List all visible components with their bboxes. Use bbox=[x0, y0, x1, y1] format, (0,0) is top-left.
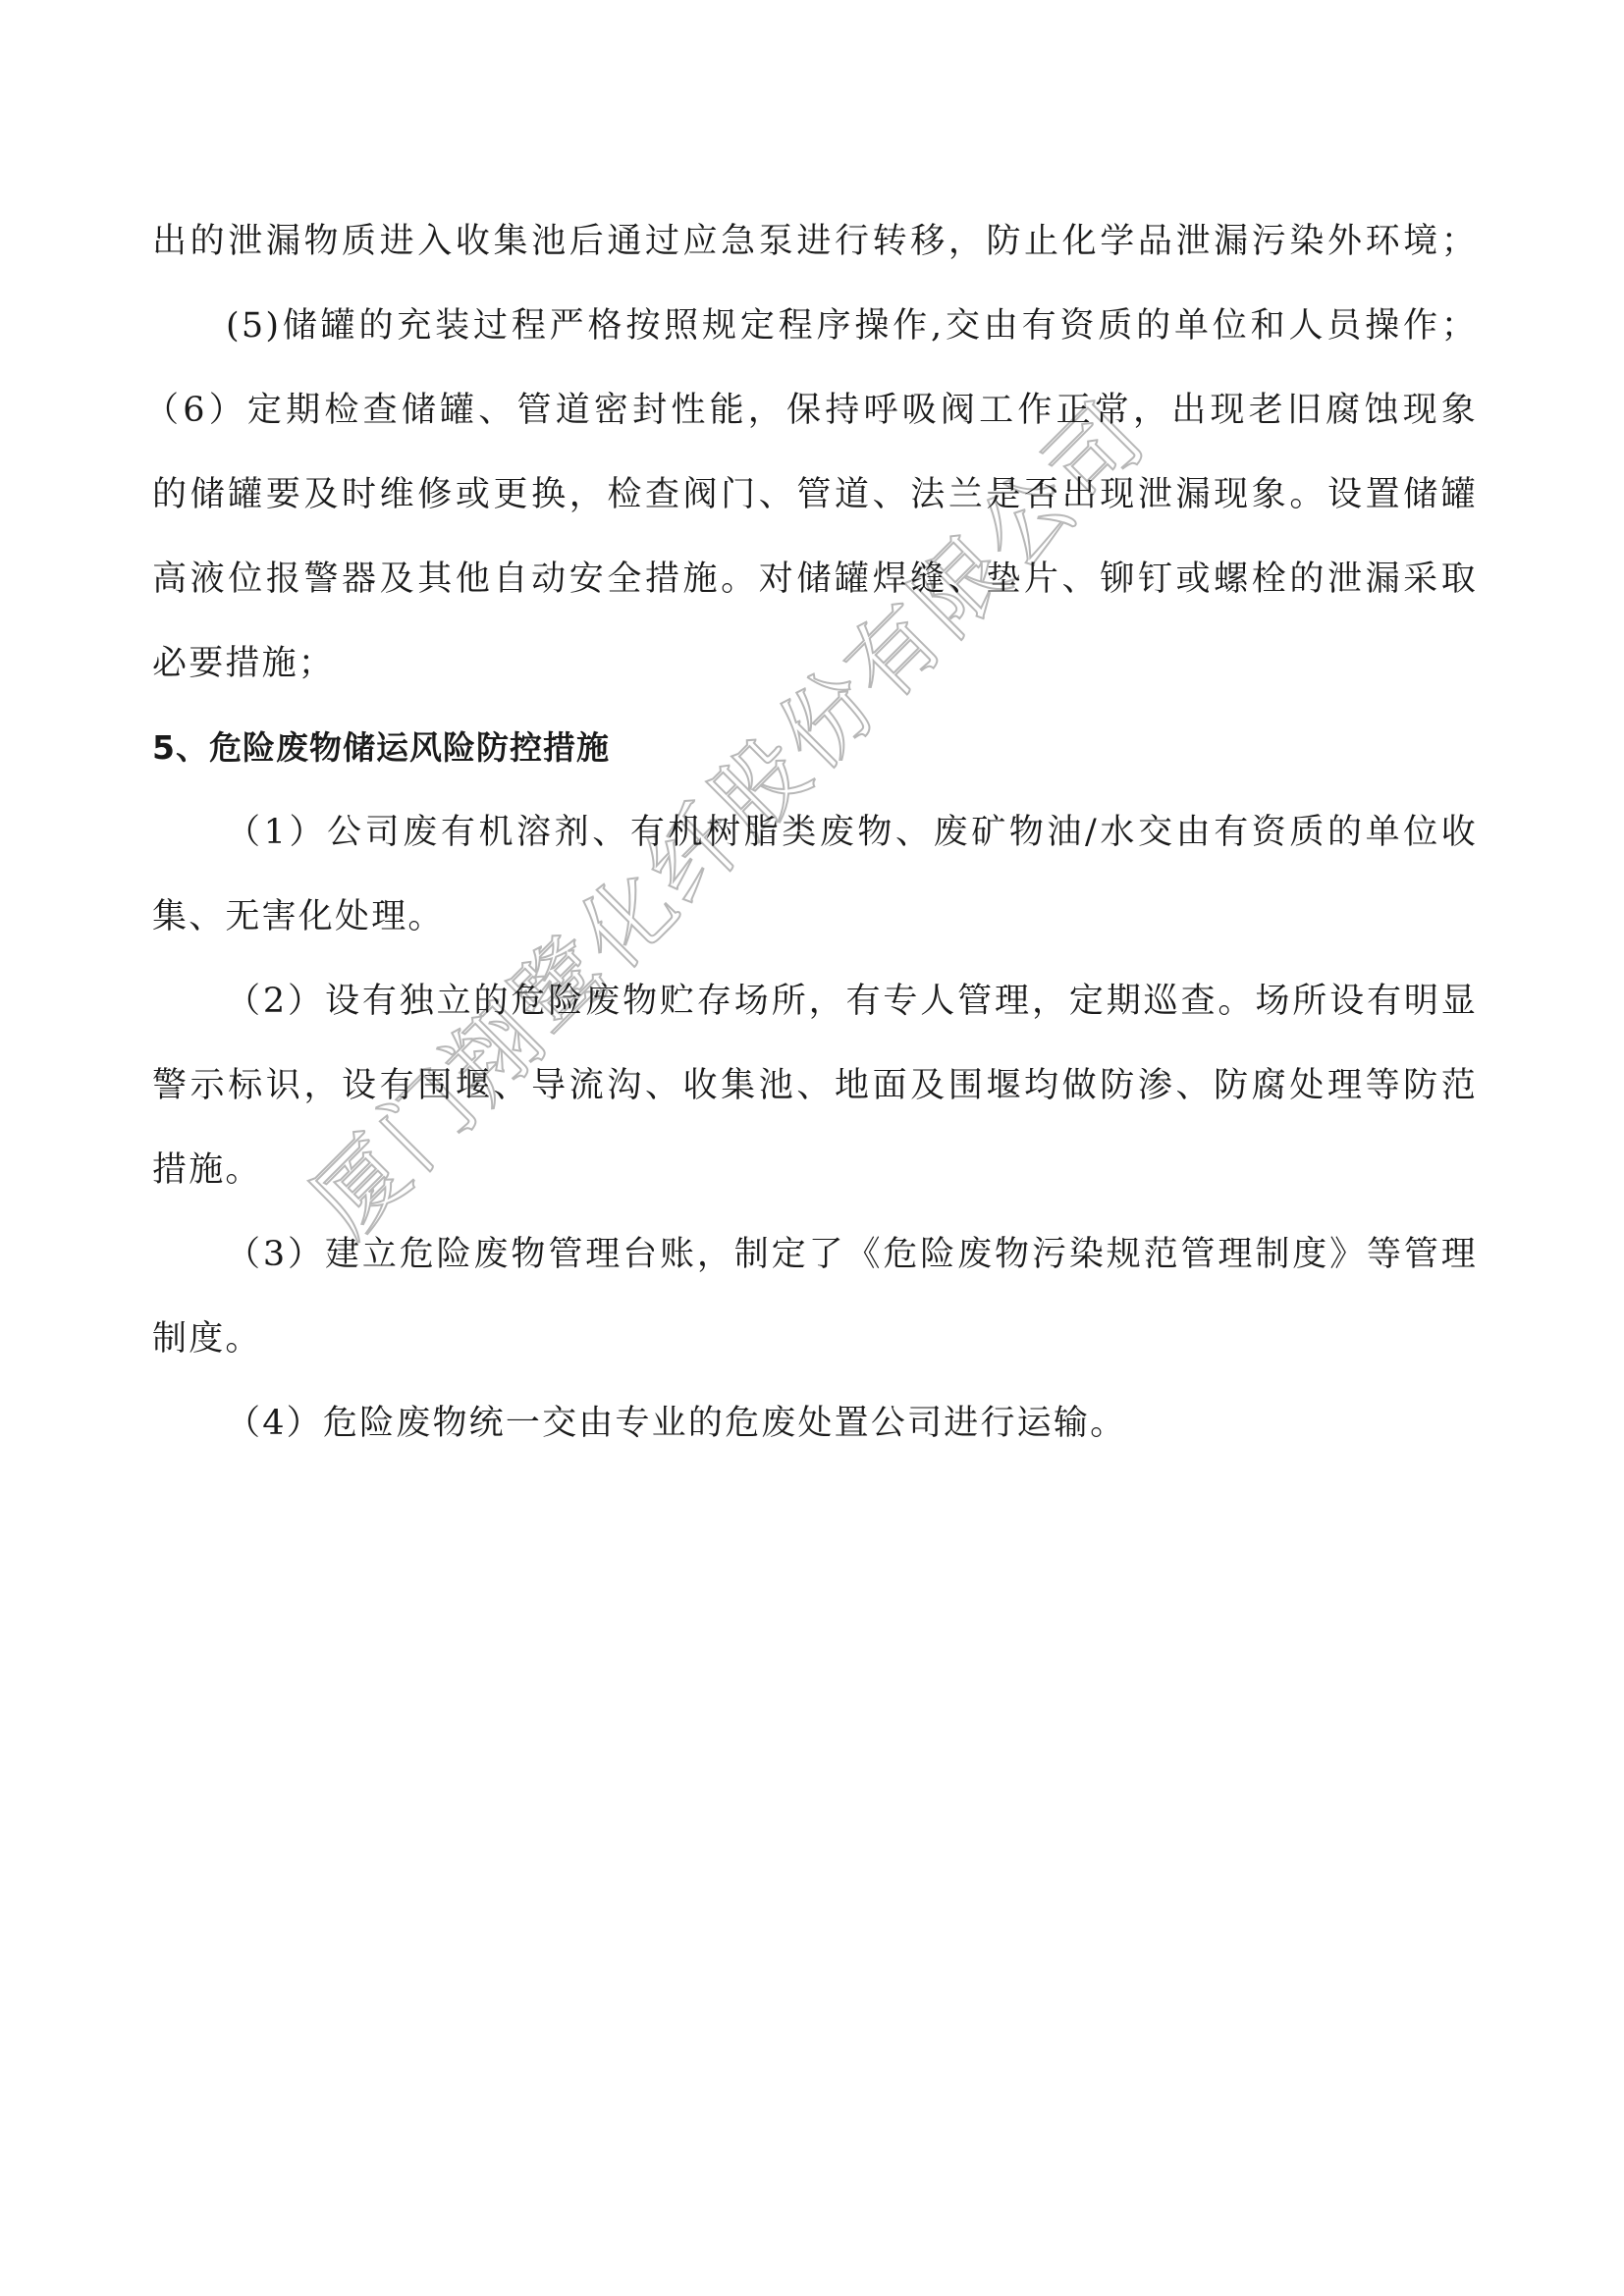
section-heading: 5、危险废物储运风险防控措施 bbox=[152, 721, 1478, 805]
paragraph-line: （2）设有独立的危险废物贮存场所，有专人管理，定期巡查。场所设有明显 bbox=[152, 974, 1478, 1058]
paragraph-line: （6）定期检查储罐、管道密封性能，保持呼吸阀工作正常，出现老旧腐蚀现象 bbox=[144, 383, 1478, 467]
paragraph-line: （1）公司废有机溶剂、有机树脂类废物、废矿物油/水交由有资质的单位收 bbox=[152, 805, 1478, 889]
paragraph-line: 警示标识，设有围堰、导流沟、收集池、地面及围堰均做防渗、防腐处理等防范 bbox=[152, 1058, 1478, 1143]
paragraph-line: 措施。 bbox=[152, 1143, 1478, 1227]
paragraph-line: 制度。 bbox=[152, 1311, 1478, 1396]
paragraph-line: 必要措施； bbox=[152, 636, 1478, 721]
document-page: 出的泄漏物质进入收集池后通过应急泵进行转移，防止化学品泄漏污染外环境； (5)储… bbox=[152, 214, 1478, 1480]
paragraph-line: 的储罐要及时维修或更换，检查阀门、管道、法兰是否出现泄漏现象。设置储罐 bbox=[152, 467, 1478, 552]
paragraph-line: 出的泄漏物质进入收集池后通过应急泵进行转移，防止化学品泄漏污染外环境； bbox=[152, 214, 1478, 298]
paragraph-line: (5)储罐的充装过程严格按照规定程序操作,交由有资质的单位和人员操作； bbox=[152, 298, 1478, 383]
paragraph-line: 高液位报警器及其他自动安全措施。对储罐焊缝、垫片、铆钉或螺栓的泄漏采取 bbox=[152, 552, 1478, 636]
paragraph-line: 集、无害化处理。 bbox=[152, 889, 1478, 974]
paragraph-line: （4）危险废物统一交由专业的危废处置公司进行运输。 bbox=[152, 1396, 1478, 1480]
paragraph-line: （3）建立危险废物管理台账，制定了《危险废物污染规范管理制度》等管理 bbox=[152, 1227, 1478, 1311]
